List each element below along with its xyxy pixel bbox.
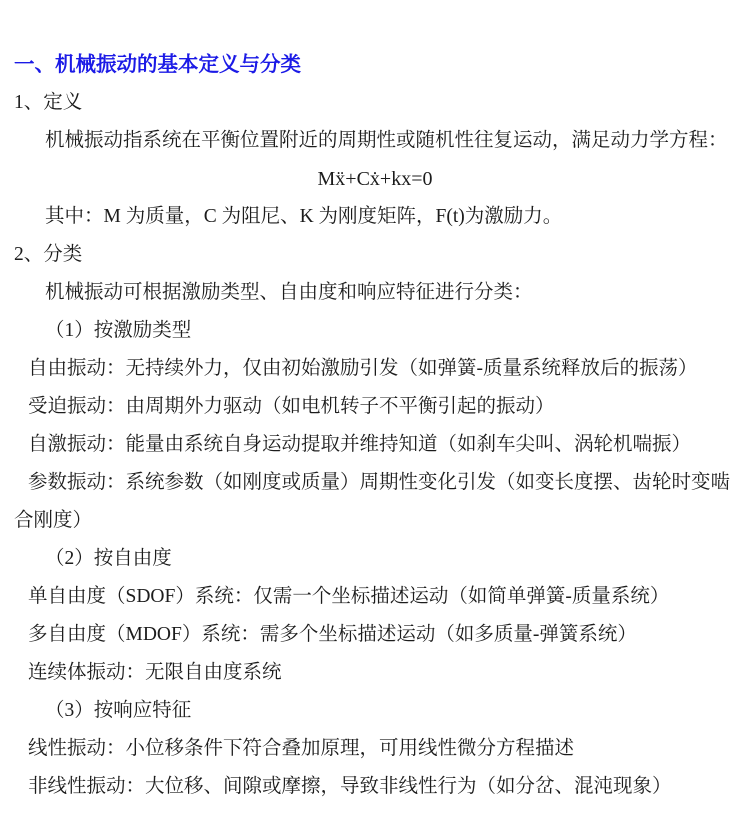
definition-line-mdof: 多自由度（MDOF）系统：需多个坐标描述运动（如多质量-弹簧系统） bbox=[28, 616, 750, 654]
document-page: 一、机械振动的基本定义与分类 1、定义 机械振动指系统在平衡位置附近的周期性或随… bbox=[0, 0, 750, 820]
subsection-label-classification: 2、分类 bbox=[14, 236, 750, 274]
definition-line-nonlinear: 非线性振动：大位移、间隙或摩擦，导致非线性行为（如分岔、混沌现象） bbox=[28, 768, 750, 806]
paragraph-definition: 机械振动指系统在平衡位置附近的周期性或随机性往复运动，满足动力学方程： bbox=[45, 122, 750, 160]
definition-line-forced-vibration: 受迫振动：由周期外力驱动（如电机转子不平衡引起的振动） bbox=[28, 388, 750, 426]
category-heading-response: （3）按响应特征 bbox=[45, 692, 750, 730]
category-heading-dof: （2）按自由度 bbox=[45, 540, 750, 578]
subsection-label-definition: 1、定义 bbox=[14, 84, 750, 122]
definition-line-self-excited-vibration: 自激振动：能量由系统自身运动提取并维持知道（如刹车尖叫、涡轮机喘振） bbox=[28, 426, 750, 464]
definition-line-parametric-continuation: 合刚度） bbox=[14, 502, 750, 540]
definition-line-free-vibration: 自由振动：无持续外力，仅由初始激励引发（如弹簧-质量系统释放后的振荡） bbox=[28, 350, 750, 388]
section-heading: 一、机械振动的基本定义与分类 bbox=[14, 46, 750, 84]
paragraph-equation-terms: 其中：M 为质量，C 为阻尼、K 为刚度矩阵，F(t)为激励力。 bbox=[45, 198, 750, 236]
paragraph-classification-intro: 机械振动可根据激励类型、自由度和响应特征进行分类： bbox=[45, 274, 750, 312]
category-heading-excitation-type: （1）按激励类型 bbox=[45, 312, 750, 350]
definition-line-sdof: 单自由度（SDOF）系统：仅需一个坐标描述运动（如简单弹簧-质量系统） bbox=[28, 578, 750, 616]
equation: Mẍ+Cẋ+kx=0 bbox=[0, 160, 750, 198]
definition-line-continuous: 连续体振动：无限自由度系统 bbox=[28, 654, 750, 692]
definition-line-parametric-vibration: 参数振动：系统参数（如刚度或质量）周期性变化引发（如变长度摆、齿轮时变啮 bbox=[28, 464, 750, 502]
definition-line-linear: 线性振动：小位移条件下符合叠加原理，可用线性微分方程描述 bbox=[28, 730, 750, 768]
